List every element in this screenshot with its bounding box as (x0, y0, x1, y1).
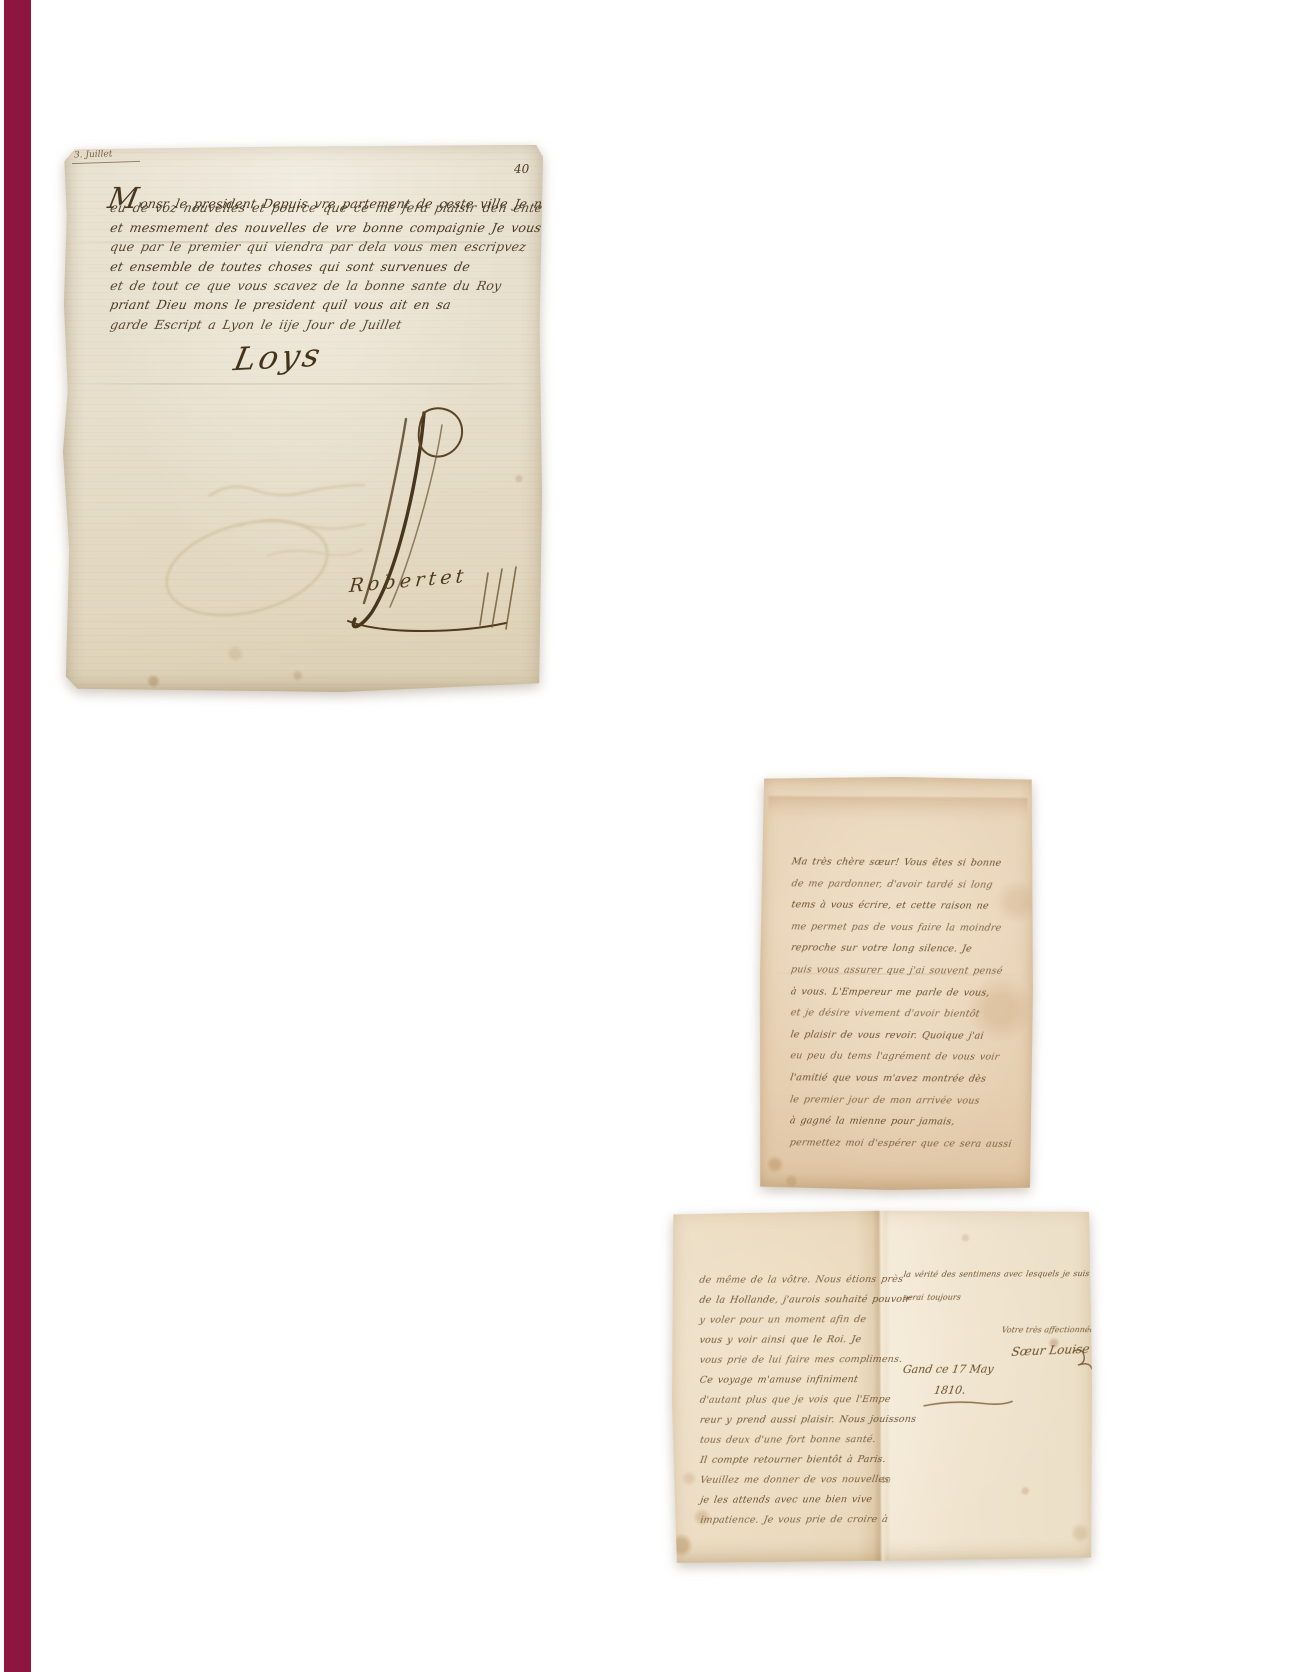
script-line: eu peu du tems l'agrément de vous voir (788, 1051, 1013, 1074)
embossed-border (768, 796, 1027, 822)
manuscript-letter-1-wrap: 3. Juillet 40 Monsr le president Depuis … (62, 145, 543, 692)
script-line: et je désire vivement d'avoir bientôt (788, 1007, 1013, 1030)
letter1-body: Monsr le president Depuis vre partement … (110, 181, 542, 336)
script-line: y voler pour un moment afin de (697, 1314, 916, 1335)
fold-crease (72, 383, 534, 385)
script-line: puis vous assurer que j'ai souvent pensé (788, 964, 1013, 987)
script-line: de même de la vôtre. Nous étions près (697, 1274, 916, 1295)
script-line: et mesmement des nouvelles de vre bonne … (108, 220, 543, 239)
script-line: et ensemble de toutes choses qui sont su… (108, 259, 543, 278)
signature-loys: Loys (231, 336, 327, 379)
script-line: à gagné la mienne pour jamais, (787, 1115, 1012, 1138)
script-line: Il compte retourner bientôt à Paris. (698, 1454, 917, 1475)
manuscript-letter-1: 3. Juillet 40 Monsr le president Depuis … (62, 145, 543, 692)
place-date: Gand ce 17 May (902, 1363, 995, 1376)
script-line: me permet pas de vous faire la moindre (789, 921, 1014, 944)
catalog-page: 3. Juillet 40 Monsr le president Depuis … (0, 0, 1301, 1672)
manuscript-letter-3-wrap: de même de la vôtre. Nous étions près de… (671, 1209, 1093, 1563)
valediction: Votre très affectionnée (1001, 1325, 1093, 1334)
manuscript-letter-2: Ma très chère sœur! Vous êtes si bonne d… (759, 776, 1035, 1191)
script-line: la vérité des sentimens avec lesquels je… (901, 1269, 1093, 1293)
year: 1810. (933, 1384, 967, 1397)
annotation-underline (72, 161, 140, 164)
script-line: de la Hollande, j'aurois souhaité pouvoi… (697, 1294, 916, 1315)
script-line: reur y prend aussi plaisir. Nous jouisso… (698, 1414, 917, 1435)
script-line: tous deux d'une fort bonne santé. (698, 1434, 917, 1455)
script-line: garde Escript a Lyon le iije Jour de Jui… (108, 317, 543, 336)
script-line: priant Dieu mons le president quil vous … (108, 297, 543, 316)
script-line: eu de voz nouvelles et pource que ce me … (108, 200, 543, 219)
script-line: d'autant plus que je vois que l'Empe (698, 1394, 917, 1415)
folio-number: 40 (514, 162, 529, 176)
script-line: reproche sur votre long silence. Je (788, 943, 1013, 966)
script-line: Monsr le president Depuis vre partement … (108, 181, 543, 200)
letter3-right-page: la vérité des sentimens avec lesquels je… (902, 1269, 1092, 1316)
script-line: vous y voir ainsi que le Roi. Je (697, 1334, 916, 1355)
letter3-left-page: de même de la vôtre. Nous étions près de… (699, 1274, 916, 1535)
script-line: Ce voyage m'amuse infiniment (697, 1374, 916, 1395)
script-line: permettez moi d'espérer que ce sera auss… (787, 1137, 1012, 1160)
script-line: l'amitié que vous m'avez montrée dès (788, 1072, 1013, 1095)
date-annotation: 3. Juillet (74, 149, 113, 160)
script-line: Ma très chère sœur! Vous êtes si bonne (789, 856, 1014, 879)
paraph-flourish (340, 405, 540, 645)
script-line: impatience. Je vous prie de croire à (698, 1514, 917, 1535)
script-line: tems à vous écrire, et cette raison ne (789, 899, 1014, 922)
letter2-body: Ma très chère sœur! Vous êtes si bonne d… (789, 856, 1013, 1160)
script-line: et de tout ce que vous scavez de la bonn… (108, 278, 543, 297)
signature-paraph (1070, 1347, 1093, 1371)
script-line: que par le premier qui viendra par dela … (108, 239, 543, 258)
pencil-folio-number: 40 (880, 1476, 890, 1485)
script-line: de me pardonner, d'avoir tardé si long (789, 878, 1014, 901)
manuscript-letter-3: de même de la vôtre. Nous étions près de… (671, 1209, 1093, 1563)
left-accent-bar (4, 0, 31, 1672)
manuscript-letter-2-wrap: Ma très chère sœur! Vous êtes si bonne d… (759, 776, 1035, 1191)
script-line: je les attends avec une bien vive (698, 1494, 917, 1515)
script-line: le plaisir de vous revoir. Quoique j'ai (788, 1029, 1013, 1052)
script-line: vous prie de lui faire mes complimens. (697, 1354, 916, 1375)
script-line: à vous. L'Empereur me parle de vous, (788, 986, 1013, 1009)
script-line: le premier jour de mon arrivée vous (787, 1094, 1012, 1117)
date-underline-flourish (920, 1398, 1016, 1410)
script-line: serai toujours (901, 1292, 1093, 1316)
